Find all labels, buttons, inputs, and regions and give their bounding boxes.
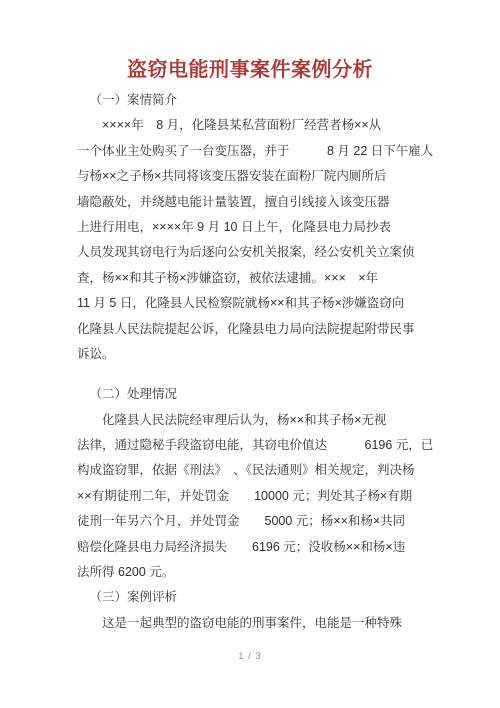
text-line: 化隆县人民法院提起公诉，化隆县电力局向法院提起附带民事 (77, 317, 429, 342)
text-line: 这是一起典型的盗窃电能的刑事案件，电能是一种特殊 (77, 611, 429, 636)
text-line: ××有期徒刑二年，并处罚金 10000 元；判处其子杨×有期 (77, 484, 429, 509)
page-number: 1 / 3 (0, 650, 500, 664)
text-line: 法律，通过隐秘手段盗窃电能，其窃电价值达 6196 元，已 (77, 433, 429, 458)
text-line: 墙隐蔽处，并绕越电能计量装置，擅自引线接入该变压器 (77, 190, 429, 215)
text-line: 与杨××之子杨×共同将该变压器安装在面粉厂院内厕所后 (77, 164, 429, 189)
text-line: 诉讼。 (77, 342, 429, 367)
text-line: 上进行用电，××××年 9 月 10 日上午，化隆县电力局抄表 (77, 215, 429, 240)
text-line: 法所得 6200 元。 (77, 560, 429, 585)
text-line: （二）处理情况 (77, 382, 429, 407)
text-line: （一）案情简介 (77, 88, 429, 113)
document-body: （一）案情简介××××年 8 月，化隆县某私营面粉厂经营者杨××从一个体业主处购… (77, 88, 429, 636)
text-line: 化隆县人民法院经审理后认为，杨××和其子杨×无视 (77, 408, 429, 433)
text-line: 查，杨××和其子杨×涉嫌盗窃，被依法逮捕。××× ×年 (77, 266, 429, 291)
page-title: 盗窃电能刑事案件案例分析 (0, 56, 500, 84)
text-line: 11 月 5 日，化隆县人民检察院就杨××和其子杨×涉嫌盗窃向 (77, 291, 429, 316)
text-line: 一个体业主处购买了一台变压器，并于 8 月 22 日下午雇人 (77, 139, 429, 164)
text-line: （三）案例评析 (77, 585, 429, 610)
text-line: ××××年 8 月，化隆县某私营面粉厂经营者杨××从 (77, 113, 429, 138)
text-line: 人员发现其窃电行为后逐向公安机关报案，经公安机关立案侦 (77, 240, 429, 265)
text-line: 赔偿化隆县电力局经济损失 6196 元；没收杨××和杨×违 (77, 535, 429, 560)
text-line: 构成盗窃罪，依据《刑法》 、《民法通则》相关规定，判决杨 (77, 458, 429, 483)
document-page: 盗窃电能刑事案件案例分析 （一）案情简介××××年 8 月，化隆县某私营面粉厂经… (0, 0, 500, 708)
text-line: 徒刑一年另六个月，并处罚金 5000 元；杨××和杨×共同 (77, 509, 429, 534)
